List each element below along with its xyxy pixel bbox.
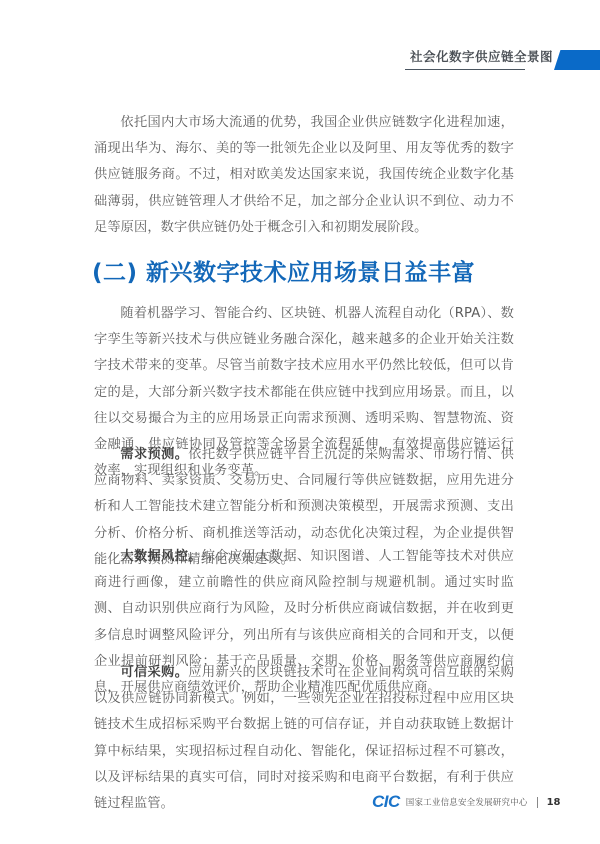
demand-forecast-lead: 需求预测。 [120, 447, 188, 462]
big-data-risk-lead: 大数据风控。 [120, 549, 201, 564]
header-accent-bar [554, 50, 600, 70]
intro-paragraph: 依托国内大市场大流通的优势，我国企业供应链数字化进程加速，涌现出华为、海尔、美的… [94, 110, 514, 241]
page-footer: CIC 国家工业信息安全发展研究中心 18 [372, 792, 561, 812]
trusted-procurement-body: 应用新兴的区块链技术可在企业间构筑可信互联的采购以及供应链协同新模式。例如，一些… [94, 665, 514, 811]
running-header: 社会化数字供应链全景图 [0, 44, 600, 70]
organization-name: 国家工业信息安全发展研究中心 [406, 796, 528, 808]
section-heading: (二) 新兴数字技术应用场景日益丰富 [92, 254, 475, 287]
cic-logo-icon: CIC [372, 792, 400, 812]
page-number: 18 [547, 797, 561, 808]
running-title: 社会化数字供应链全景图 [410, 47, 553, 65]
header-underline [405, 69, 525, 70]
trusted-procurement-lead: 可信采购。 [120, 665, 188, 680]
footer-divider [537, 797, 538, 808]
